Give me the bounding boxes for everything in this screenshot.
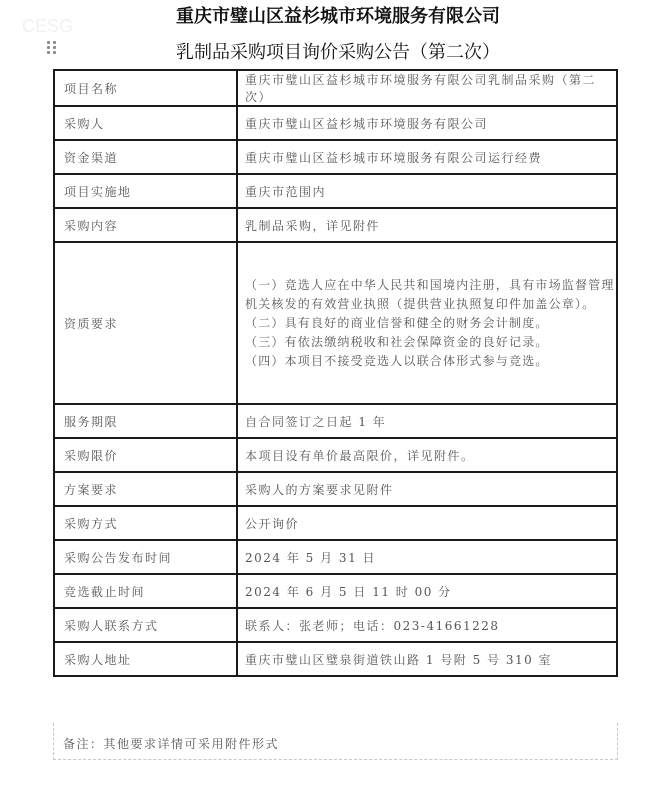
row-label: 方案要求 — [54, 472, 237, 506]
table-row: 项目名称 重庆市璧山区益杉城市环境服务有限公司乳制品采购（第二次） — [54, 70, 617, 106]
qualification-list: （一）竞选人应在中华人民共和国境内注册，具有市场监督管理机关核发的有效营业执照（… — [237, 242, 617, 404]
table-row: 采购人联系方式 联系人：张老师；电话：023-41661228 — [54, 608, 617, 642]
row-label: 采购人 — [54, 106, 237, 140]
table-row: 采购公告发布时间 2024 年 5 月 31 日 — [54, 540, 617, 574]
row-label: 采购内容 — [54, 208, 237, 242]
table-row: 方案要求 采购人的方案要求见附件 — [54, 472, 617, 506]
table-row: 采购限价 本项目设有单价最高限价，详见附件。 — [54, 438, 617, 472]
remarks-note: 备注：其他要求详情可采用附件形式 — [53, 723, 618, 760]
procurement-info-table: 项目名称 重庆市璧山区益杉城市环境服务有限公司乳制品采购（第二次） 采购人 重庆… — [53, 69, 618, 677]
row-value: 乳制品采购，详见附件 — [237, 208, 617, 242]
row-label: 采购人地址 — [54, 642, 237, 676]
qualification-item: （四）本项目不接受竞选人以联合体形式参与竞选。 — [245, 352, 616, 371]
row-label: 资质要求 — [54, 242, 237, 404]
row-value: 2024 年 6 月 5 日 11 时 00 分 — [237, 574, 617, 608]
qualification-item: （一）竞选人应在中华人民共和国境内注册，具有市场监督管理机关核发的有效营业执照（… — [245, 276, 616, 314]
row-value: 重庆市璧山区益杉城市环境服务有限公司 — [237, 106, 617, 140]
row-label: 项目实施地 — [54, 174, 237, 208]
row-label: 竞选截止时间 — [54, 574, 237, 608]
row-value: 采购人的方案要求见附件 — [237, 472, 617, 506]
document-title-line-1: 重庆市璧山区益杉城市环境服务有限公司 — [14, 2, 648, 28]
row-value: 重庆市璧山区益杉城市环境服务有限公司乳制品采购（第二次） — [237, 70, 617, 106]
row-value: 本项目设有单价最高限价，详见附件。 — [237, 438, 617, 472]
row-value: 公开询价 — [237, 506, 617, 540]
table-row-qualifications: 资质要求 （一）竞选人应在中华人民共和国境内注册，具有市场监督管理机关核发的有效… — [54, 242, 617, 404]
row-label: 服务期限 — [54, 404, 237, 438]
row-value: 自合同签订之日起 1 年 — [237, 404, 617, 438]
table-row: 采购人 重庆市璧山区益杉城市环境服务有限公司 — [54, 106, 617, 140]
row-label: 采购公告发布时间 — [54, 540, 237, 574]
document-title-line-2: 乳制品采购项目询价采购公告（第二次） — [14, 38, 648, 64]
row-value: 重庆市璧山区璧泉街道铁山路 1 号附 5 号 310 室 — [237, 642, 617, 676]
row-label: 项目名称 — [54, 70, 237, 106]
qualification-item: （二）具有良好的商业信誉和健全的财务会计制度。 — [245, 314, 616, 333]
table-row: 采购方式 公开询价 — [54, 506, 617, 540]
table-row: 资金渠道 重庆市璧山区益杉城市环境服务有限公司运行经费 — [54, 140, 617, 174]
row-label: 采购方式 — [54, 506, 237, 540]
table-row: 项目实施地 重庆市范围内 — [54, 174, 617, 208]
row-value: 重庆市璧山区益杉城市环境服务有限公司运行经费 — [237, 140, 617, 174]
row-label: 采购人联系方式 — [54, 608, 237, 642]
row-value: 联系人：张老师；电话：023-41661228 — [237, 608, 617, 642]
row-value: 2024 年 5 月 31 日 — [237, 540, 617, 574]
table-row: 采购人地址 重庆市璧山区璧泉街道铁山路 1 号附 5 号 310 室 — [54, 642, 617, 676]
row-label: 资金渠道 — [54, 140, 237, 174]
table-row: 服务期限 自合同签订之日起 1 年 — [54, 404, 617, 438]
qualification-item: （三）有依法缴纳税收和社会保障资金的良好记录。 — [245, 333, 616, 352]
table-row: 采购内容 乳制品采购，详见附件 — [54, 208, 617, 242]
row-value: 重庆市范围内 — [237, 174, 617, 208]
table-row: 竞选截止时间 2024 年 6 月 5 日 11 时 00 分 — [54, 574, 617, 608]
row-label: 采购限价 — [54, 438, 237, 472]
